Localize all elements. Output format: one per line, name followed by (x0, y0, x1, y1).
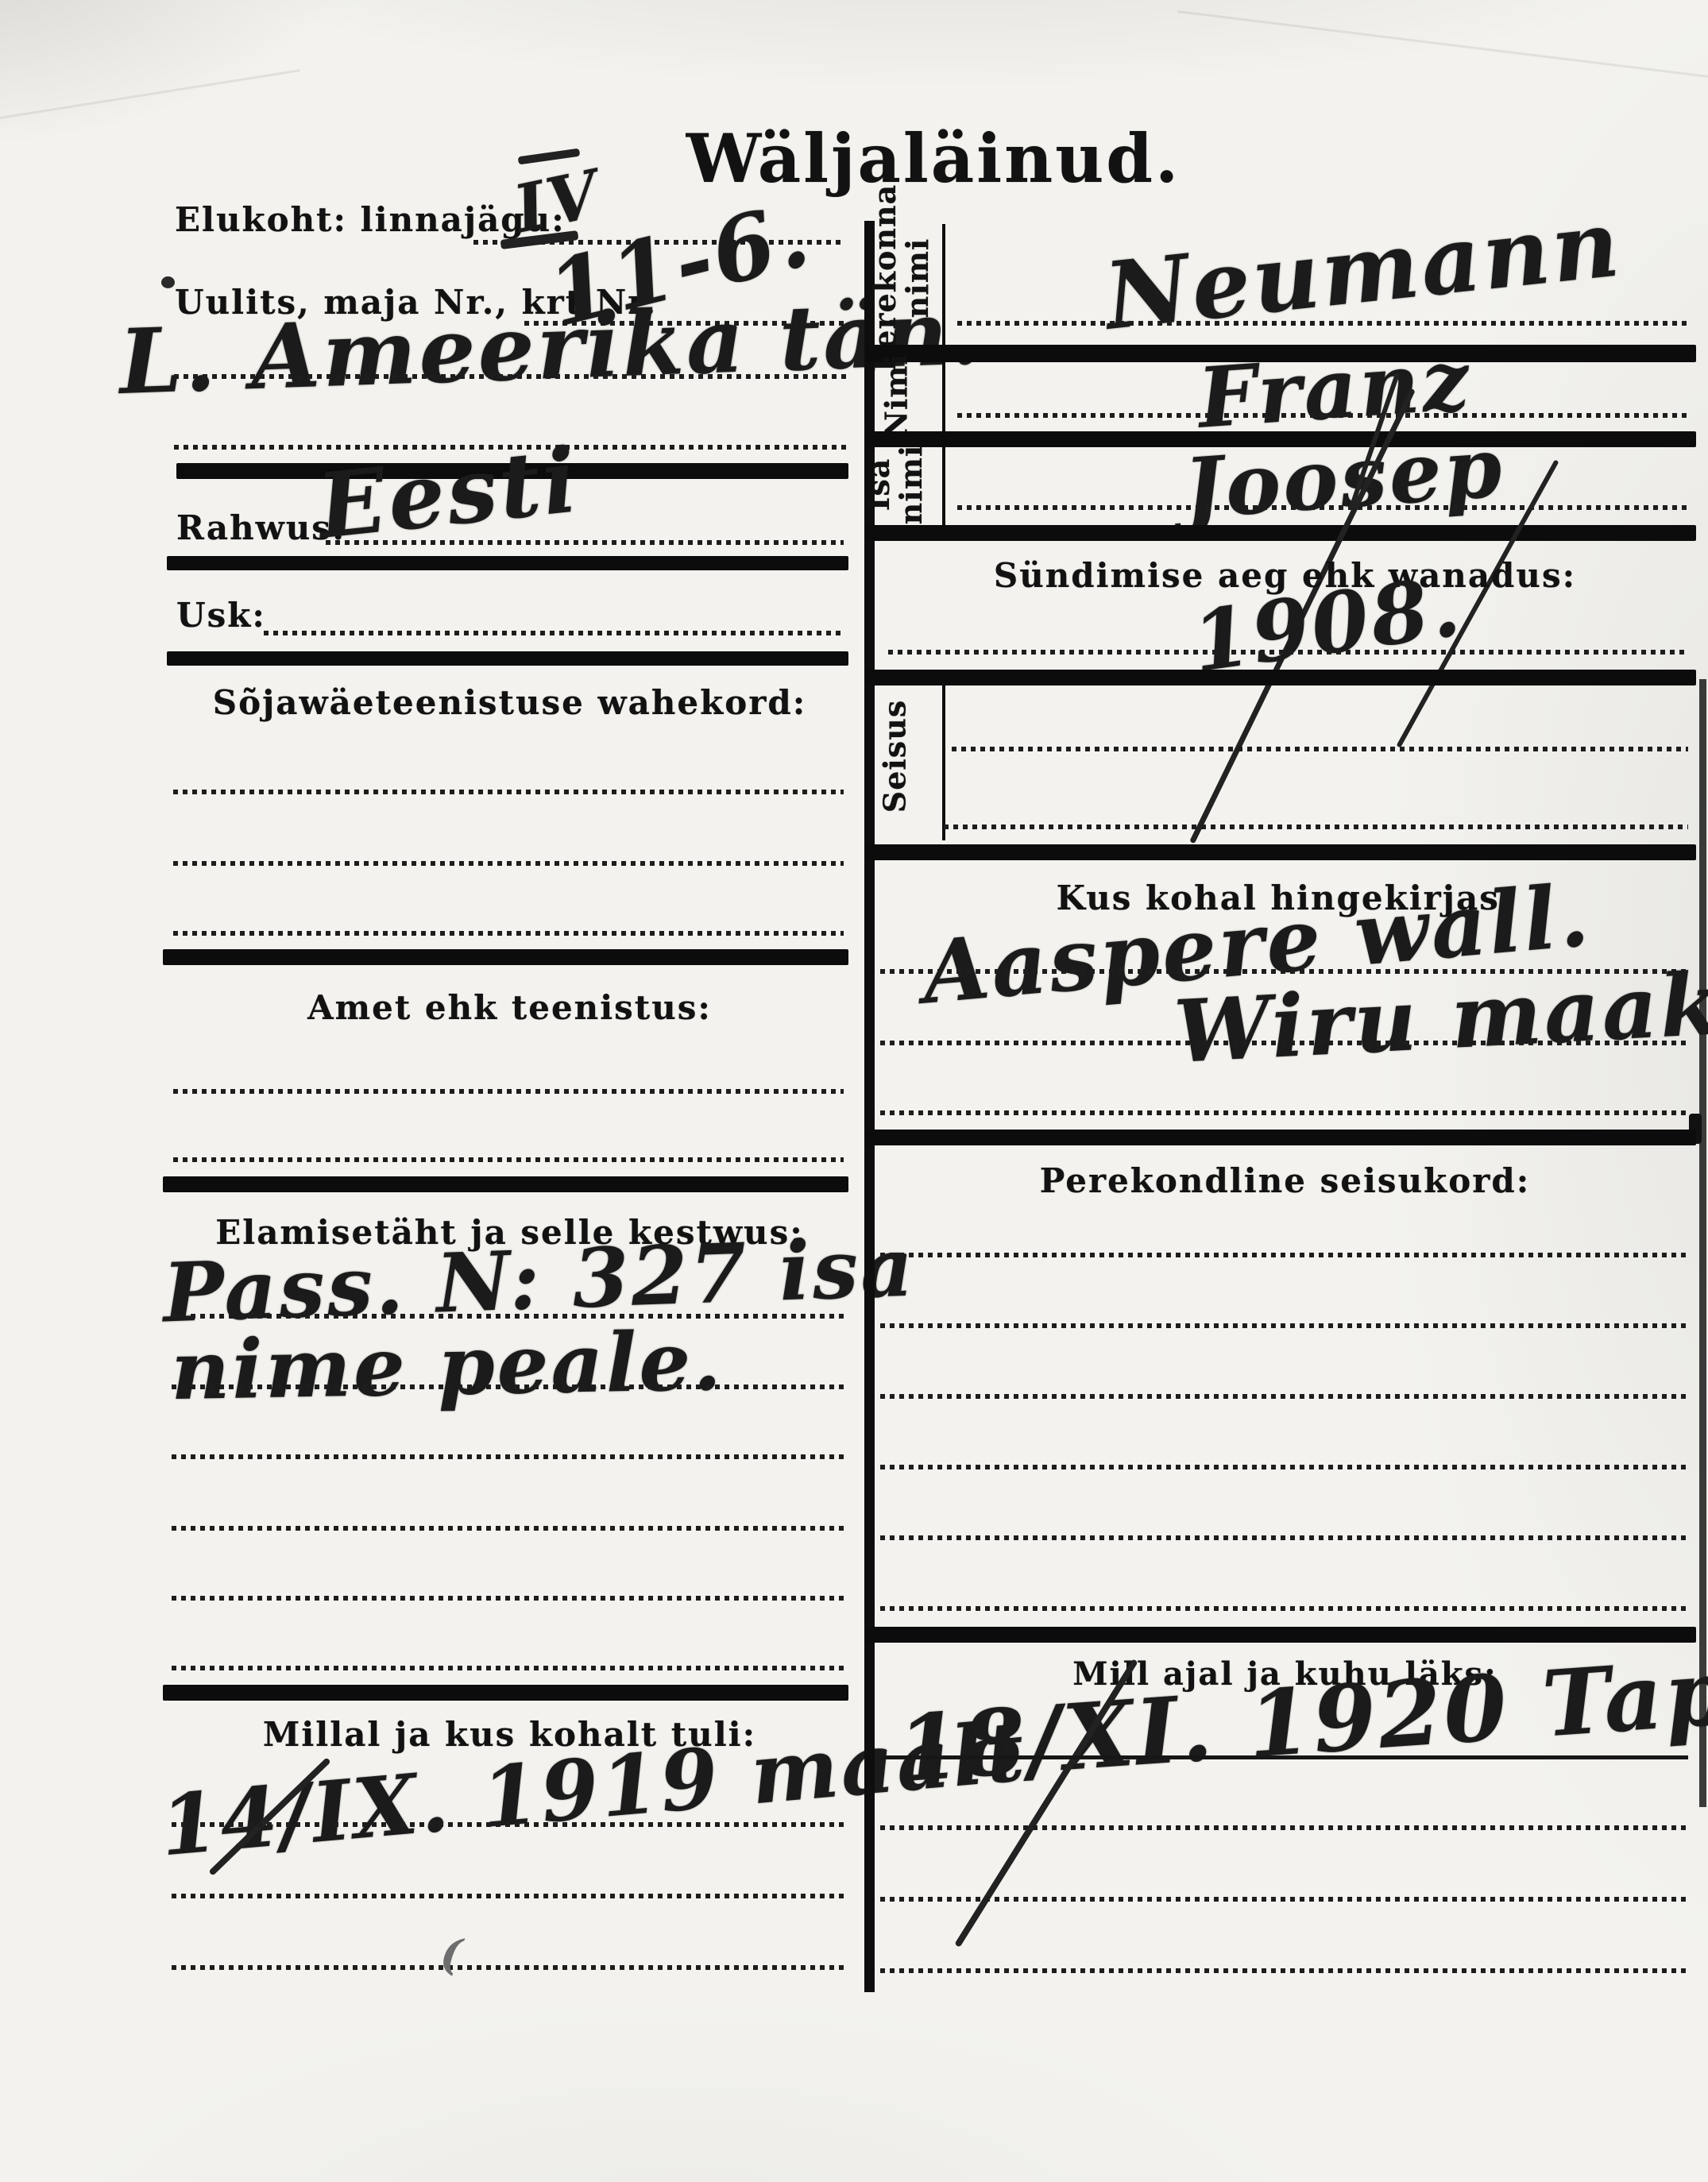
dotted-line (172, 1596, 844, 1601)
dotted-line (944, 825, 1688, 829)
dotted-line (173, 790, 844, 794)
pencil-mark: ( (438, 1927, 467, 1980)
thick-rule (866, 1627, 1696, 1643)
label-divider (942, 224, 945, 526)
dotted-line (880, 1323, 1688, 1328)
dotted-line (957, 321, 1688, 326)
dotted-line (880, 1535, 1688, 1540)
permit-handwriting-line2: nime peale. (170, 1314, 725, 1419)
dotted-line (173, 1157, 844, 1162)
departure-handwriting: 18/XI. 1920 Tapale (894, 1628, 1708, 1803)
dotted-line (880, 1825, 1688, 1830)
dotted-line (880, 1606, 1688, 1611)
dotted-line (957, 413, 1688, 418)
family-status-heading: Perekondline seisukord: (882, 1161, 1688, 1200)
dotted-line (172, 1894, 844, 1898)
dotted-line (888, 650, 1688, 655)
residence-district-label: Elukoht: linnajägu: (175, 200, 566, 239)
dotted-line (880, 1968, 1688, 1973)
dotted-line (172, 1822, 844, 1827)
thick-rule (163, 949, 848, 965)
thick-rule (866, 670, 1696, 685)
dotted-line (880, 1465, 1688, 1469)
thick-rule (866, 1130, 1696, 1145)
dotted-line (172, 1666, 844, 1670)
military-service-heading: Sõjawäeteenistuse wahekord: (173, 683, 846, 722)
dotted-line (880, 1253, 1688, 1257)
dotted-line (174, 374, 848, 379)
dotted-line (172, 1314, 844, 1319)
father-name-label: Isa nimi (862, 445, 927, 525)
thick-rule (167, 651, 848, 666)
thick-rule (167, 556, 848, 570)
status-label: Seisus (878, 700, 910, 813)
dotted-line (173, 1089, 844, 1094)
dotted-line (264, 631, 840, 635)
dotted-line (957, 505, 1688, 510)
dotted-line (880, 1110, 1688, 1115)
paper-crease (1177, 10, 1708, 79)
scan-edge-artifact (1699, 679, 1706, 1807)
ink-dot (161, 276, 175, 288)
thick-rule (866, 844, 1696, 860)
thick-rule (163, 1685, 848, 1701)
dotted-line (172, 1385, 844, 1389)
thick-rule (866, 525, 1696, 541)
dotted-line (173, 931, 844, 936)
dotted-line (172, 1526, 844, 1531)
first-name-label: Nimi (879, 353, 912, 438)
paper-crease (0, 69, 300, 124)
family-name-label: Perekonna nimi (868, 184, 933, 372)
dotted-line (172, 1965, 844, 1970)
dotted-line (880, 1041, 1688, 1045)
dotted-line (880, 1897, 1688, 1902)
solid-line (880, 1755, 1688, 1759)
label-divider (942, 682, 945, 840)
scanned-registry-card: Wäljaläinud. Elukoht: linnajägu: IV Uuli… (0, 0, 1708, 2182)
occupation-heading: Amet ehk teenistus: (173, 988, 846, 1027)
family-name-handwriting: Neumann (1100, 189, 1626, 350)
dotted-line (952, 747, 1688, 751)
religion-label: Usk: (176, 596, 266, 635)
dotted-line (173, 861, 844, 866)
dotted-line (880, 1394, 1688, 1399)
thick-rule (163, 1176, 848, 1192)
dotted-line (172, 1454, 844, 1459)
